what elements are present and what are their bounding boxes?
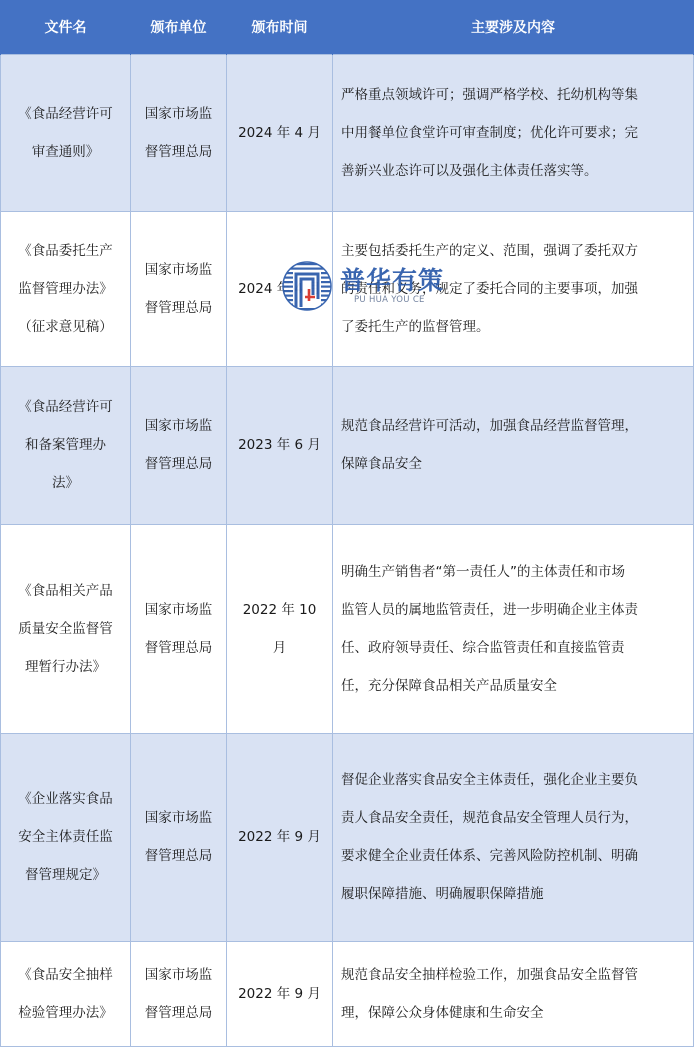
text-line: 2022 年 10 [227, 598, 332, 623]
text-line: 审查通则》 [9, 140, 122, 165]
table-row: 《企业落实食品 安全主体责任监 督管理规定》 国家市场监 督管理总局 2022 … [1, 734, 694, 942]
policy-table: 文件名 颁布单位 颁布时间 主要涉及内容 《食品经营许可 审查通则》 国家市场监… [0, 0, 694, 1047]
text-line: 2024 年 4 月 [227, 121, 332, 146]
text-line: 理，保障公众身体健康和生命安全 [341, 1001, 683, 1026]
text-line: 2022 年 9 月 [227, 825, 332, 850]
table-row: 《食品经营许可 审查通则》 国家市场监 督管理总局 2024 年 4 月 严格重… [1, 55, 694, 212]
cell-issuing-body: 国家市场监 督管理总局 [131, 942, 227, 1047]
text-line: 安全主体责任监 [9, 825, 122, 850]
text-line: 《食品相关产品 [9, 579, 122, 604]
cell-issue-date: 2024 年 4 月 [227, 55, 333, 212]
text-line: 督管理总局 [131, 452, 226, 477]
text-line: 任，充分保障食品相关产品质量安全 [341, 674, 683, 699]
header-main-content: 主要涉及内容 [333, 0, 694, 55]
cell-issue-date: 2022 年 9 月 [227, 942, 333, 1047]
cell-file-name: 《食品经营许可 审查通则》 [1, 55, 131, 212]
text-line: 《食品安全抽样 [9, 963, 122, 988]
header-issuing-body: 颁布单位 [131, 0, 227, 55]
text-line: 理暂行办法》 [9, 655, 122, 680]
text-line: 严格重点领域许可；强调严格学校、托幼机构等集 [341, 83, 683, 108]
header-file-name: 文件名 [1, 0, 131, 55]
text-line: 国家市场监 [131, 806, 226, 831]
text-line: 督管理总局 [131, 844, 226, 869]
table-row: 《食品安全抽样 检验管理办法》 国家市场监 督管理总局 2022 年 9 月 规… [1, 942, 694, 1047]
text-line: 规范食品经营许可活动，加强食品经营监督管理， [341, 414, 683, 439]
text-line: 2024 年 4 月 [227, 277, 332, 302]
text-line: 督管理总局 [131, 140, 226, 165]
text-line: 的责任和义务，规定了委托合同的主要事项，加强 [341, 277, 683, 302]
table-row: 《食品委托生产 监督管理办法》 （征求意见稿） 国家市场监 督管理总局 2024… [1, 212, 694, 367]
cell-issuing-body: 国家市场监 督管理总局 [131, 734, 227, 942]
text-line: 国家市场监 [131, 258, 226, 283]
cell-issuing-body: 国家市场监 督管理总局 [131, 367, 227, 525]
cell-issuing-body: 国家市场监 督管理总局 [131, 212, 227, 367]
header-issue-date: 颁布时间 [227, 0, 333, 55]
cell-main-content: 主要包括委托生产的定义、范围，强调了委托双方 的责任和义务，规定了委托合同的主要… [333, 212, 694, 367]
text-line: 要求健全企业责任体系、完善风险防控机制、明确 [341, 844, 683, 869]
text-line: 督促企业落实食品安全主体责任，强化企业主要负 [341, 768, 683, 793]
cell-issue-date: 2024 年 4 月 [227, 212, 333, 367]
text-line: 国家市场监 [131, 102, 226, 127]
text-line: 明确生产销售者“第一责任人”的主体责任和市场 [341, 560, 683, 585]
text-line: 月 [227, 636, 332, 661]
cell-file-name: 《企业落实食品 安全主体责任监 督管理规定》 [1, 734, 131, 942]
text-line: 国家市场监 [131, 598, 226, 623]
text-line: 2023 年 6 月 [227, 433, 332, 458]
text-line: 督管理总局 [131, 636, 226, 661]
text-line: 质量安全监督管 [9, 617, 122, 642]
cell-main-content: 规范食品经营许可活动，加强食品经营监督管理， 保障食品安全 [333, 367, 694, 525]
cell-issuing-body: 国家市场监 督管理总局 [131, 525, 227, 734]
text-line: 监管人员的属地监管责任，进一步明确企业主体责 [341, 598, 683, 623]
table-row: 《食品经营许可 和备案管理办 法》 国家市场监 督管理总局 2023 年 6 月… [1, 367, 694, 525]
cell-file-name: 《食品相关产品 质量安全监督管 理暂行办法》 [1, 525, 131, 734]
text-line: 《食品经营许可 [9, 102, 122, 127]
table-header-row: 文件名 颁布单位 颁布时间 主要涉及内容 [1, 0, 694, 55]
text-line: 国家市场监 [131, 963, 226, 988]
text-line: 督管理总局 [131, 296, 226, 321]
cell-issuing-body: 国家市场监 督管理总局 [131, 55, 227, 212]
text-line: 了委托生产的监督管理。 [341, 315, 683, 340]
text-line: 主要包括委托生产的定义、范围，强调了委托双方 [341, 239, 683, 264]
text-line: 检验管理办法》 [9, 1001, 122, 1026]
text-line: 善新兴业态许可以及强化主体责任落实等。 [341, 159, 683, 184]
cell-file-name: 《食品经营许可 和备案管理办 法》 [1, 367, 131, 525]
text-line: 任、政府领导责任、综合监管责任和直接监管责 [341, 636, 683, 661]
cell-issue-date: 2022 年 10 月 [227, 525, 333, 734]
text-line: 监督管理办法》 [9, 277, 122, 302]
cell-main-content: 规范食品安全抽样检验工作，加强食品安全监督管 理，保障公众身体健康和生命安全 [333, 942, 694, 1047]
text-line: 法》 [9, 471, 122, 496]
text-line: 履职保障措施、明确履职保障措施 [341, 882, 683, 907]
text-line: 责人食品安全责任，规范食品安全管理人员行为， [341, 806, 683, 831]
cell-issue-date: 2023 年 6 月 [227, 367, 333, 525]
cell-main-content: 严格重点领域许可；强调严格学校、托幼机构等集 中用餐单位食堂许可审查制度；优化许… [333, 55, 694, 212]
text-line: 2022 年 9 月 [227, 982, 332, 1007]
text-line: 督管理规定》 [9, 863, 122, 888]
text-line: 中用餐单位食堂许可审查制度；优化许可要求；完 [341, 121, 683, 146]
text-line: （征求意见稿） [9, 315, 122, 340]
cell-main-content: 督促企业落实食品安全主体责任，强化企业主要负 责人食品安全责任，规范食品安全管理… [333, 734, 694, 942]
text-line: 督管理总局 [131, 1001, 226, 1026]
text-line: 国家市场监 [131, 414, 226, 439]
text-line: 《食品经营许可 [9, 395, 122, 420]
cell-main-content: 明确生产销售者“第一责任人”的主体责任和市场 监管人员的属地监管责任，进一步明确… [333, 525, 694, 734]
text-line: 《食品委托生产 [9, 239, 122, 264]
table-row: 《食品相关产品 质量安全监督管 理暂行办法》 国家市场监 督管理总局 2022 … [1, 525, 694, 734]
text-line: 规范食品安全抽样检验工作，加强食品安全监督管 [341, 963, 683, 988]
cell-file-name: 《食品委托生产 监督管理办法》 （征求意见稿） [1, 212, 131, 367]
text-line: 和备案管理办 [9, 433, 122, 458]
text-line: 《企业落实食品 [9, 787, 122, 812]
cell-issue-date: 2022 年 9 月 [227, 734, 333, 942]
cell-file-name: 《食品安全抽样 检验管理办法》 [1, 942, 131, 1047]
text-line: 保障食品安全 [341, 452, 683, 477]
